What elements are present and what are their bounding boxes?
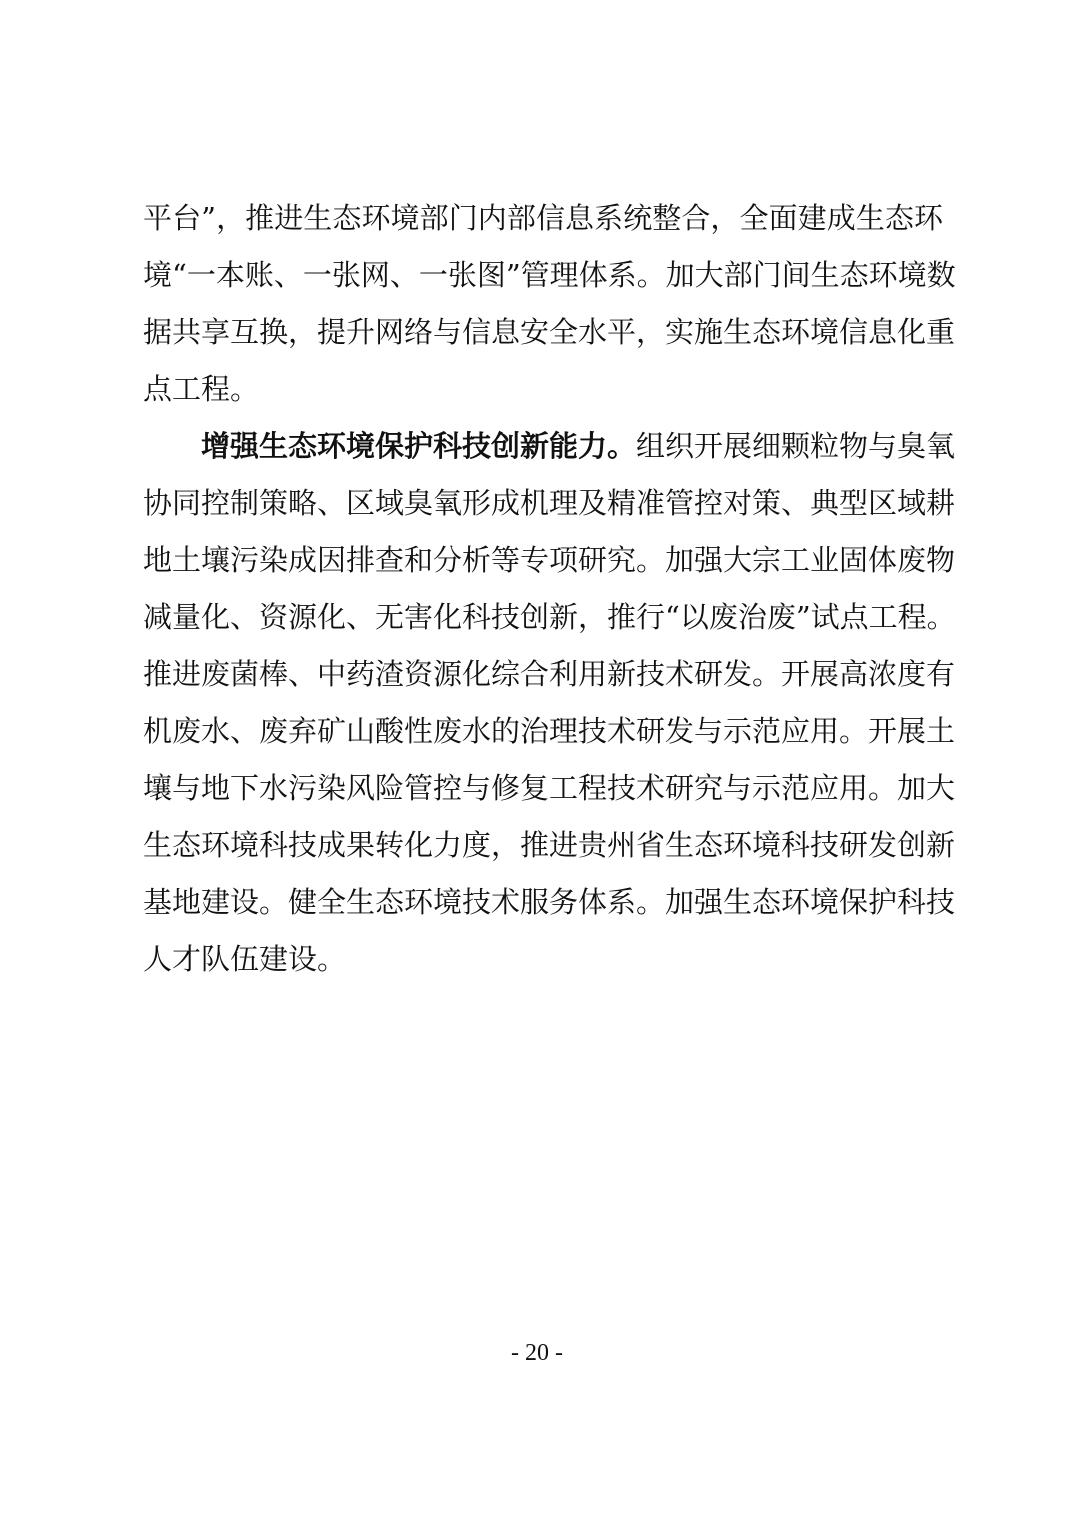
text-line: 机废水、废弃矿山酸性废水的治理技术研发与示范应用。开展土 — [143, 706, 943, 763]
body-text: 平台”，推进生态环境部门内部信息系统整合，全面建成生态环 境“一本账、一张网、一… — [143, 193, 943, 991]
document-page: 平台”，推进生态环境部门内部信息系统整合，全面建成生态环 境“一本账、一张网、一… — [0, 0, 1074, 1520]
paragraph-heading: 增强生态环境保护科技创新能力。 — [201, 429, 636, 463]
text-line: 平台”，推进生态环境部门内部信息系统整合，全面建成生态环 — [143, 193, 943, 250]
text-line: 点工程。 — [143, 364, 943, 421]
text-line: 推进废菌棒、中药渣资源化综合利用新技术研发。开展高浓度有 — [143, 649, 943, 706]
text-line-first: 增强生态环境保护科技创新能力。组织开展细颗粒物与臭氧 — [143, 421, 943, 478]
text-line: 人才队伍建设。 — [143, 934, 943, 991]
paragraph-information-platform: 平台”，推进生态环境部门内部信息系统整合，全面建成生态环 境“一本账、一张网、一… — [143, 193, 943, 421]
text-line: 基地建设。健全生态环境技术服务体系。加强生态环境保护科技 — [143, 877, 943, 934]
text-line: 地土壤污染成因排查和分析等专项研究。加强大宗工业固体废物 — [143, 535, 943, 592]
text-line: 减量化、资源化、无害化科技创新，推行“以废治废”试点工程。 — [143, 592, 943, 649]
text-line: 据共享互换，提升网络与信息安全水平，实施生态环境信息化重 — [143, 307, 943, 364]
page-number: - 20 - — [0, 1340, 1074, 1367]
text-line: 协同控制策略、区域臭氧形成机理及精准管控对策、典型区域耕 — [143, 478, 943, 535]
text-line: 生态环境科技成果转化力度，推进贵州省生态环境科技研发创新 — [143, 820, 943, 877]
text-line: 壤与地下水污染风险管控与修复工程技术研究与示范应用。加大 — [143, 763, 943, 820]
text-line: 境“一本账、一张网、一张图”管理体系。加大部门间生态环境数 — [143, 250, 943, 307]
paragraph-heading-continuation: 组织开展细颗粒物与臭氧 — [636, 429, 955, 463]
paragraph-tech-innovation: 增强生态环境保护科技创新能力。组织开展细颗粒物与臭氧 协同控制策略、区域臭氧形成… — [143, 421, 943, 991]
